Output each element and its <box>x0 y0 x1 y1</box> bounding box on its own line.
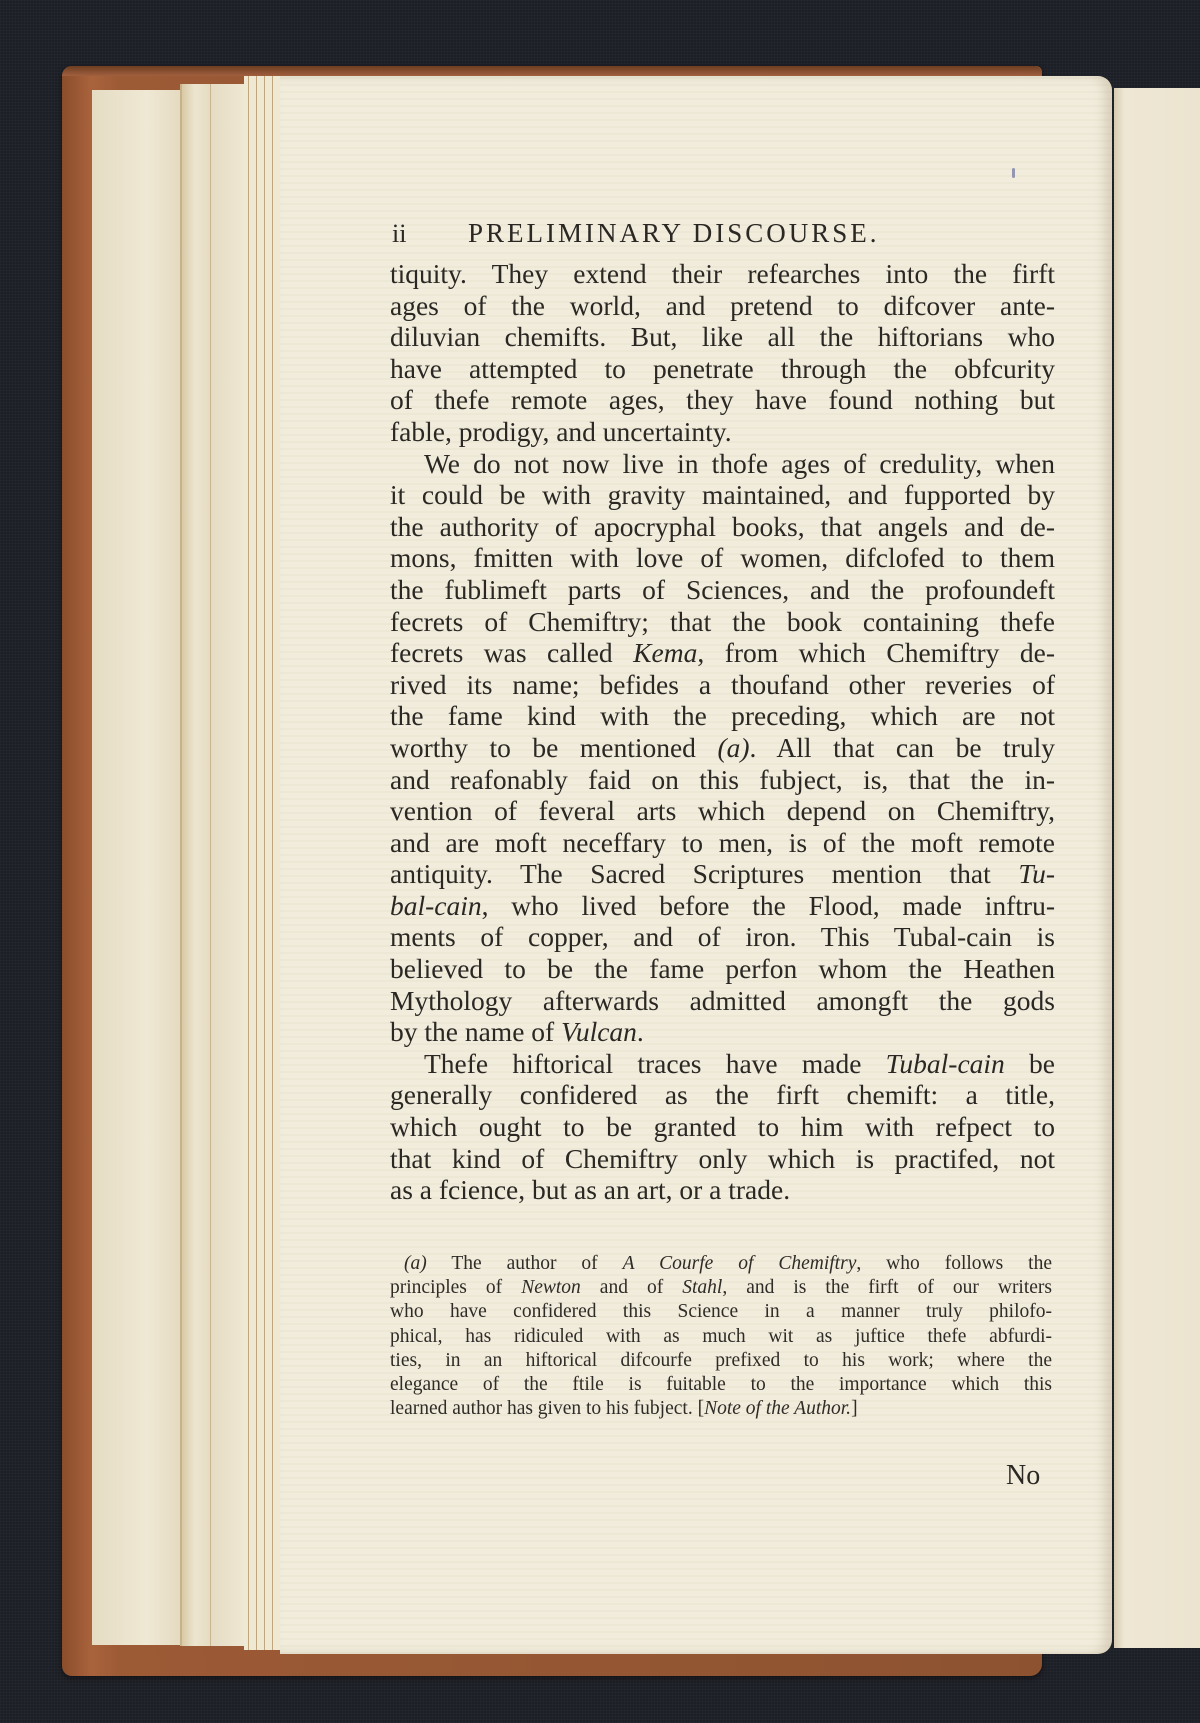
facing-page-edge <box>1114 88 1200 1648</box>
body-text: tiquity. They extend their refearches in… <box>390 258 1055 1206</box>
text-line: and reafonably faid on this fubject, is,… <box>390 764 1055 796</box>
running-title: PRELIMINARY DISCOURSE. <box>468 218 880 249</box>
text-line: ages of the world, and pretend to difcov… <box>390 290 1055 322</box>
text-line: the fame kind with the preceding, which … <box>390 700 1055 732</box>
footnote-line: elegance of the ftile is fuitable to the… <box>390 1373 1052 1397</box>
text-line: have attempted to penetrate through the … <box>390 353 1055 385</box>
footnote: (a) The author of A Courfe of Chemiftry,… <box>390 1252 1052 1421</box>
text-line: that kind of Chemiftry only which is pra… <box>390 1143 1055 1175</box>
text-line: ments of copper, and of iron. This Tubal… <box>390 921 1055 953</box>
leaf-edge <box>210 84 247 1646</box>
text-line: believed to be the fame perfon whom the … <box>390 953 1055 985</box>
text-line: worthy to be mentioned (a). All that can… <box>390 732 1055 764</box>
text-line: fable, prodigy, and uncertainty. <box>390 416 1055 448</box>
paragraph: tiquity. They extend their refearches in… <box>390 258 1055 448</box>
text-line: of thefe remote ages, they have found no… <box>390 384 1055 416</box>
text-line: the fublimeft parts of Sciences, and the… <box>390 574 1055 606</box>
footnote-line: who have confidered this Science in a ma… <box>390 1300 1052 1324</box>
text-line: and are moft neceffary to men, is of the… <box>390 827 1055 859</box>
text-line: which ought to be granted to him with re… <box>390 1111 1055 1143</box>
text-line: it could be with gravity maintained, and… <box>390 479 1055 511</box>
text-line: as a fcience, but as an art, or a trade. <box>390 1174 1055 1206</box>
text-line: rived its name; befides a thoufand other… <box>390 669 1055 701</box>
page-number: ii <box>392 219 468 249</box>
text-line: Thefe hiftorical traces have made Tubal-… <box>390 1048 1055 1080</box>
catchword: No <box>1006 1460 1040 1492</box>
text-line: mons, fmitten with love of women, difclo… <box>390 542 1055 574</box>
text-line: antiquity. The Sacred Scriptures mention… <box>390 858 1055 890</box>
footnote-line: (a) The author of A Courfe of Chemiftry,… <box>390 1252 1052 1276</box>
text-line: We do not now live in thofe ages of cred… <box>390 448 1055 480</box>
footnote-line: ties, in an hiftorical difcourfe prefixe… <box>390 1349 1052 1373</box>
text-line: fecrets of Chemiftry; that the book cont… <box>390 606 1055 638</box>
text-line: diluvian chemifts. But, like all the hif… <box>390 321 1055 353</box>
page-content: ii PRELIMINARY DISCOURSE. tiquity. They … <box>390 218 1055 1206</box>
text-line: generally confidered as the firft chemif… <box>390 1079 1055 1111</box>
text-line: Mythology afterwards admitted amongft th… <box>390 985 1055 1017</box>
page-edges <box>244 76 284 1650</box>
paragraph: Thefe hiftorical traces have made Tubal-… <box>390 1048 1055 1206</box>
running-head: ii PRELIMINARY DISCOURSE. <box>392 218 1055 258</box>
text-line: fecrets was called Kema, from which Chem… <box>390 637 1055 669</box>
text-line: tiquity. They extend their refearches in… <box>390 258 1055 290</box>
book-cover-edge <box>62 66 1042 76</box>
paragraph: We do not now live in thofe ages of cred… <box>390 448 1055 1048</box>
text-line: vention of feveral arts which depend on … <box>390 795 1055 827</box>
footnote-line: phical, has ridiculed with as much wit a… <box>390 1325 1052 1349</box>
footnote-line: principles of Newton and of Stahl, and i… <box>390 1276 1052 1300</box>
text-line: bal-cain, who lived before the Flood, ma… <box>390 890 1055 922</box>
ink-spot <box>1012 168 1015 178</box>
text-line: the authority of apocryphal books, that … <box>390 511 1055 543</box>
text-line: by the name of Vulcan. <box>390 1016 1055 1048</box>
leaf-edge <box>180 84 214 1646</box>
endpaper <box>92 90 184 1645</box>
footnote-line: learned author has given to his fubject.… <box>390 1397 1052 1421</box>
